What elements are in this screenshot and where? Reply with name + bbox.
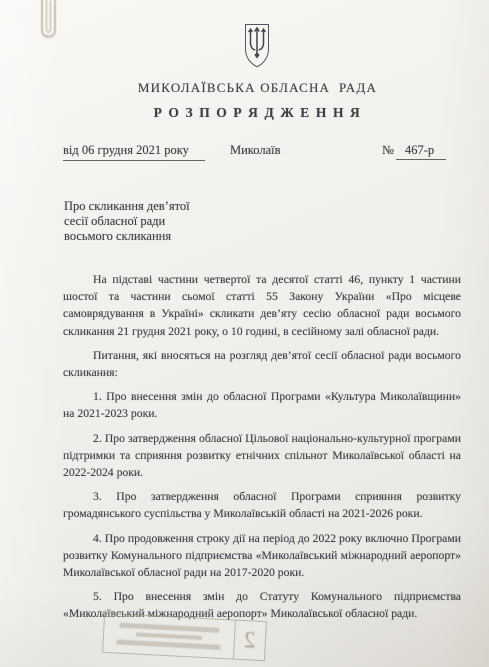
stamp-number: 2 [243,627,256,654]
agenda-item: 3. Про затвердження обласної Програми сп… [63,488,461,522]
ukraine-trident-emblem-icon [242,23,272,74]
paperclip-icon [34,0,62,55]
document-page: МИКОЛАЇВСЬКА ОБЛАСНА РАДА Р О З П О Р Я … [0,0,489,667]
agenda-intro-paragraph: Питання, які вносяться на розгляд дев’ят… [63,347,461,381]
subject-line: Про скликання дев’ятої [64,199,190,214]
agenda-item: 2. Про затвердження обласної Цільової на… [63,430,461,482]
subject-block: Про скликання дев’ятої сесії обласної ра… [64,199,190,244]
stamp-number-cell: 2 [233,621,266,661]
document-body: На підставі частини четвертої та десятої… [63,271,461,630]
document-number: 467-р [396,143,446,160]
document-number-group: №467-р [382,143,446,158]
document-date: від 06 грудня 2021 року [63,143,205,161]
number-sign: № [382,143,394,157]
stamp-illegible-line [119,623,219,633]
subject-line: сесії обласної ради [64,214,190,229]
stamp-illegible-text [103,614,235,659]
stamp-illegible-line [136,632,202,640]
stamp-bleedthrough: 2 [102,613,267,661]
document-type-title: Р О З П О Р Я Д Ж Е Н Н Я [30,105,485,121]
subject-line: восьмого скликання [64,229,190,244]
agenda-item: 1. Про внесення змін до обласної Програм… [63,388,461,422]
agenda-item: 4. Про продовження строку дії на період … [63,530,461,582]
basis-paragraph: На підставі частини четвертої та десятої… [63,271,461,340]
document-city: Миколаїв [230,143,281,158]
org-name: МИКОЛАЇВСЬКА ОБЛАСНА РАДА [30,80,485,96]
stamp-illegible-line [116,640,221,650]
